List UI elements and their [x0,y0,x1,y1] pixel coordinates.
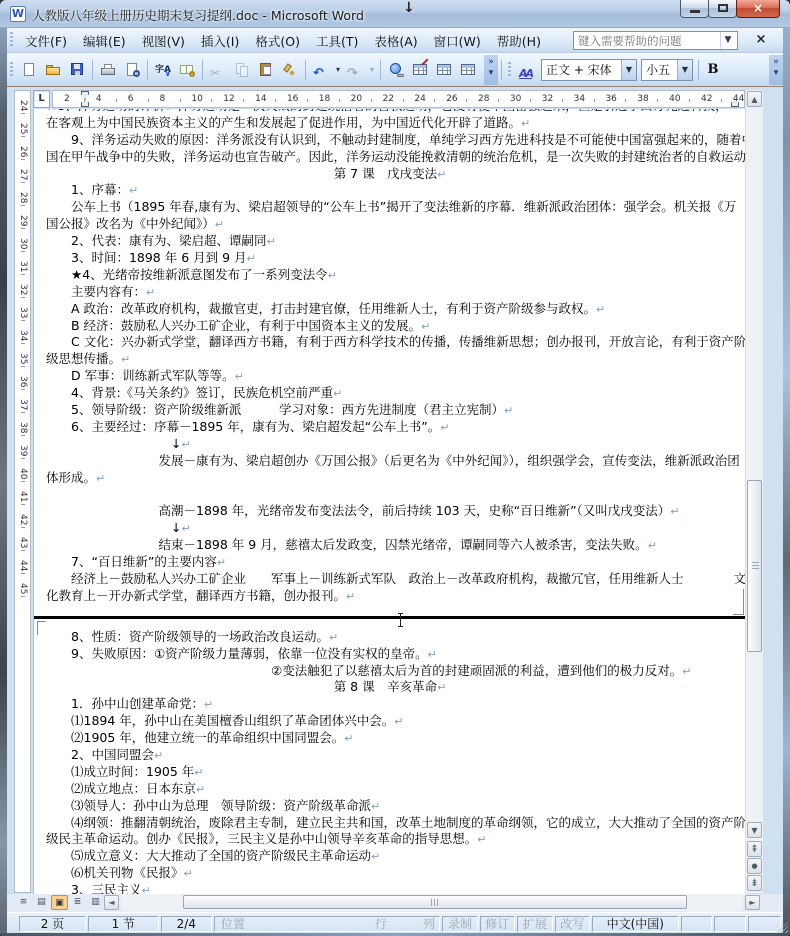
vertical-scrollbar[interactable]: ▲ ▼ ⇞ ● ⇟ [746,90,763,893]
mouse-cursor-arrow: ↓ [403,0,415,16]
line-text: 公车上书（1895 年春,康有为、梁启超领导的“公车上书”揭开了变法维新的序幕．… [46,199,736,214]
undo-button[interactable]: ↶ [310,60,332,80]
vruler-tick [21,320,25,321]
document-text-line[interactable]: ★4、光绪帝按维新派意图发布了一系列变法令↵ [34,267,745,284]
redo-button[interactable]: ↷ [344,60,366,80]
document-text-line[interactable]: 高潮－1898 年，光绪帝发布变法法令，前后持续 103 天，史称“百日维新”（… [34,503,745,520]
vruler-number: 43 [18,537,28,549]
document-text-line[interactable]: 6、主要经过：序幕－1895 年，康有为、梁启超发起“公车上书”。↵ [34,419,745,436]
vruler-tick [21,481,25,482]
line-text: 在客观上为中国民族资本主义的产生和发展起了促进作用，为中国近代化开辟了道路。 [46,115,521,130]
font-name-combo[interactable]: 正文 + 宋体 ▼ [541,59,637,81]
status-cell [748,916,781,932]
paragraph-mark: ↵ [437,681,446,694]
paragraph-mark: ↵ [421,320,430,333]
menu-bar: 文件(F)编辑(E)视图(V)插入(I)格式(O)工具(T)表格(A)窗口(W)… [7,28,783,53]
document-text-line[interactable]: ⑴1894 年，孙中山在美国檀香山组织了革命团体兴中会。↵ [34,713,745,730]
menu-item[interactable]: 窗口(W) [426,31,489,52]
styles-icon: AA [519,67,532,80]
paragraph-mark: ↵ [371,850,380,863]
word-window: W 人教版八年级上册历史期末复习提纲.doc - Microsoft Word … [0,0,790,936]
format-painter-icon [282,62,298,77]
document-page[interactable]: ★8、洋务运动的评价：洋务运动是一次失败的封建统治者的自救运动，它没有使中国富强… [33,109,745,894]
new-document-icon [21,62,37,77]
save-button[interactable] [66,60,88,80]
vruler-number: 31 [18,261,28,273]
paragraph-mark: ↵ [344,732,353,745]
vruler-tick [21,251,25,252]
help-dropdown-icon[interactable]: ▼ [720,32,735,49]
document-text-line[interactable]: A 政治：改革政府机构，裁撤官吏，打击封建官僚，任用维新人士，有利于资产阶级参与… [34,301,745,318]
line-text: D 军事：训练新式军队等等。 [46,368,235,383]
hruler-tick [657,99,658,102]
line-text: 3、时间：1898 年 6 月到 9 月 [46,250,247,265]
line-text: 高潮－1898 年，光绪帝发布变法法令，前后持续 103 天，史称“百日维新”（… [46,503,670,518]
window-title: 人教版八年级上册历史期末复习提纲.doc - Microsoft Word [32,6,364,24]
paragraph-mark: ↵ [204,698,213,711]
undo-dropdown-icon[interactable]: ▾ [333,65,343,74]
line-text: ②变法触犯了以慈禧太后为首的封建顽固派的利益，遭到他们的极力反对。 [46,663,682,678]
overflow-chevron-icon: » [773,57,779,67]
font-size-dropdown-icon[interactable]: ▼ [677,60,692,80]
hruler-tick [625,99,626,102]
document-text-line[interactable] [34,486,745,503]
line-text: 5、领导阶级：资产阶级维新派 学习对象：西方先进制度（君主立宪制） [46,402,504,417]
menu-item[interactable]: 格式(O) [247,31,308,52]
vruler-number: 42 [18,514,28,526]
insert-excel-worksheet-icon [460,62,476,77]
menu-item[interactable]: 视图(V) [134,31,193,52]
paragraph-mark: ↵ [181,438,190,451]
menu-item[interactable]: 帮助(H) [489,31,549,52]
document-text-line[interactable]: 9、洋务运动失败的原因：洋务派没有认识到，不触动封建制度，单纯学习西方先进科技是… [34,132,745,149]
cut-button[interactable]: ✂ [207,60,229,80]
paragraph-mark: ↵ [235,370,244,383]
maximize-icon [718,4,728,12]
paragraph-mark: ↵ [504,404,513,417]
document-text-line[interactable]: D 军事：训练新式军队等等。↵ [34,368,745,385]
research-icon [179,62,195,77]
hruler-tick [530,99,531,102]
document-text-line[interactable]: 在客观上为中国民族资本主义的产生和发展起了促进作用，为中国近代化开辟了道路。↵ [34,115,745,132]
paragraph-mark: ↵ [394,715,403,728]
document-text-line[interactable]: ⑴成立时间：1905 年↵ [34,764,745,781]
document-text-line[interactable]: 3、三民主义↵ [34,882,745,894]
vruler-number: 27 [18,169,28,181]
chinese-translate-button[interactable]: 字A∨ [152,60,174,80]
print-button[interactable] [97,60,119,80]
scroll-left-button[interactable]: ◄ [104,895,119,910]
line-text: 1、序幕： [46,182,129,197]
scroll-down-button[interactable]: ▼ [747,822,762,838]
vertical-scroll-thumb[interactable] [747,480,762,652]
document-text-line[interactable]: 国公报》改名为《中外纪闻》）↵ [34,216,745,233]
paragraph-mark: ↵ [371,800,380,813]
status-cell [714,916,746,932]
vruler-tick [21,159,25,160]
hruler-number: 22 [383,94,394,104]
tab-stop-selector[interactable]: L [33,90,50,108]
close-button[interactable]: × [736,0,780,18]
title-bar[interactable]: W 人教版八年级上册历史期末复习提纲.doc - Microsoft Word … [0,0,790,28]
hruler-number: 4 [96,94,102,104]
hruler-number: 20 [351,94,362,104]
next-page-button[interactable]: ⇟ [747,875,762,891]
vruler-number: 29 [18,215,28,227]
vruler-tick [21,205,25,206]
document-text-line[interactable]: 2、中国同盟会↵ [34,747,745,764]
scroll-right-button[interactable]: ► [745,895,760,910]
document-text-line[interactable]: ⑵1905 年，他建立统一的革命组织中国同盟会。↵ [34,730,745,747]
document-text-line[interactable]: 1、序幕：↵ [34,182,745,199]
hruler-tick [339,99,340,102]
window-border-right [783,0,790,936]
document-text-line[interactable]: ⑸成立意义：大大推动了全国的资产阶级民主革命运动↵ [34,848,745,865]
hruler-number: 32 [542,94,553,104]
hruler-tick [180,99,181,102]
hruler-tick [116,99,117,102]
document-text-line[interactable]: 1．孙中山创建革命党：↵ [34,696,745,713]
left-indent-marker[interactable] [81,99,89,107]
vruler-tick [21,113,25,114]
vruler-tick [21,182,25,183]
window-border-left [0,0,7,936]
web-layout-view-button[interactable]: ▤ [33,895,50,910]
text-cursor [400,613,401,627]
vruler-tick [21,596,25,597]
line-text: 9、失败原因：①资产阶级力量薄弱，依靠一位没有实权的皇帝。 [46,646,428,661]
first-line-indent-marker[interactable] [81,91,89,99]
maximize-button[interactable] [708,0,737,18]
hruler-tick [371,99,372,102]
paragraph-mark: ↵ [440,421,449,434]
hruler-tick [307,99,308,102]
document-text-line[interactable]: 体形成。↵ [34,470,745,487]
hruler-number: 16 [287,94,298,104]
document-text-line[interactable]: 公车上书（1895 年春,康有为、梁启超领导的“公车上书”揭开了变法维新的序幕．… [34,199,745,216]
paragraph-mark: ↵ [181,522,190,535]
save-icon [69,62,85,77]
insert-table-icon [436,62,452,77]
toolbar-separator [202,60,203,80]
menu-item[interactable]: 工具(T) [308,31,366,52]
help-input[interactable] [574,34,720,48]
status-cell[interactable]: 修订 [480,916,515,932]
vruler-number: 37 [18,399,28,411]
vruler-tick [21,343,25,344]
previous-page-button[interactable]: ⇞ [747,841,762,857]
line-text: 体形成。 [46,470,96,485]
document-text-line[interactable]: 第 7 课 戊戌变法↵ [34,166,745,183]
vruler-tick [21,527,25,528]
status-cell [681,916,713,932]
paragraph-mark: ↵ [217,556,226,569]
font-name-value: 正文 + 宋体 [542,61,621,78]
toolbar-separator [147,60,148,80]
horizontal-scrollbar[interactable] [121,894,743,911]
paragraph-mark: ↵ [154,749,163,762]
horizontal-scroll-thumb[interactable] [183,895,687,909]
vruler-number: 25 [18,123,28,135]
hruler-number: 34 [574,94,585,104]
margin-bracket-left [37,621,46,635]
document-text-line[interactable]: 4、背景:《马关条约》签订，民族危机空前严重↵ [34,385,745,402]
vruler-tick [21,435,25,436]
paragraph-mark: ↵ [346,590,355,603]
open-button[interactable] [42,60,64,80]
vruler-number: 35 [18,353,28,365]
select-browse-object-button[interactable]: ● [747,858,762,874]
status-cell: 1 节 [88,916,159,932]
close-document-button[interactable]: × [753,32,769,48]
horizontal-ruler: 2468101214161820222426283032343638404244 [52,90,745,108]
line-text: 2、代表：康有为、梁启超、谭嗣同 [46,233,266,248]
document-text-line[interactable]: 结束－1898 年 9 月，慈禧太后发政变，囚禁光绪帝，谭嗣同等六人被杀害，变法… [34,537,745,554]
paragraph-mark: ↵ [521,117,530,130]
line-text: C 文化：兴办新式学堂，翻译西方书籍，有利于西方科学技术的传播，传播维新思想；创… [46,334,745,349]
hruler-tick [403,99,404,102]
vruler-tick [21,389,25,390]
document-text-line[interactable]: ⑹机关刊物《民报》↵ [34,865,745,882]
hruler-number: 18 [319,94,330,104]
vruler-tick [21,550,25,551]
line-text: 2、中国同盟会 [46,747,154,762]
insert-hyperlink-button[interactable] [385,60,407,80]
overflow-chevron-icon: » [488,57,494,67]
formatting-toolbar-grip[interactable] [508,62,511,78]
vruler-tick [21,504,25,505]
document-text-line[interactable]: ⑷纲领：推翻清朝统治，废除君主专制，建立民主共和国，改革土地制度的革命纲领，它的… [34,815,745,832]
paragraph-mark: ↵ [215,218,224,231]
undo-icon: ↶ [313,62,329,77]
research-button[interactable] [176,60,198,80]
vruler-number: 36 [18,376,28,388]
paragraph-mark: ↵ [670,505,679,518]
document-text-line[interactable]: 2、代表：康有为、梁启超、谭嗣同↵ [34,233,745,250]
line-text: ⑵成立地点：日本东京 [46,781,196,796]
vruler-number: 33 [18,307,28,319]
formatting-toolbar-options-button[interactable]: »▾ [769,55,783,85]
toolbar-separator [380,60,381,80]
toolbar-separator [92,60,93,80]
hruler-number: 24 [414,94,425,104]
line-text: ⑸成立意义：大大推动了全国的资产阶级民主革命运动 [46,848,371,863]
vruler-number: 41 [18,491,28,503]
vruler-tick [21,366,25,367]
minimize-icon [690,10,700,13]
paragraph-mark: ↵ [329,631,338,644]
menu-item[interactable]: 文件(F) [17,31,75,52]
document-text-line[interactable]: ⑶领导人：孙中山为总理 领导阶级：资产阶级革命派↵ [34,798,745,815]
document-text-line[interactable]: 第 8 课 辛亥革命↵ [34,679,745,696]
minimize-button[interactable] [680,0,709,18]
copy-icon [234,62,250,77]
cut-icon: ✂ [210,62,226,77]
page-break [34,605,745,629]
vruler-number: 24 [18,100,28,112]
document-text-line[interactable]: ↓↵ [34,436,745,453]
hruler-number: 44 [733,94,744,104]
document-text-line[interactable]: 8、性质：资产阶级领导的一场政治改良运动。↵ [34,629,745,646]
document-text-line[interactable]: 7、“百日维新”的主要内容↵ [34,554,745,571]
line-text: ★4、光绪帝按维新派意图发布了一系列变法令 [46,267,328,282]
standard-toolbar-grip[interactable] [10,62,13,78]
document-text-line[interactable]: 化教育上－开办新式学堂，翻译西方书籍，创办报刊。↵ [34,588,745,605]
hruler-number: 30 [510,94,521,104]
line-text: ↓ [46,436,181,451]
line-text: 主要内容有： [46,284,146,299]
tables-and-borders-button[interactable] [409,60,431,80]
paragraph-mark: ↵ [682,665,691,678]
document-text-line[interactable]: 级思想传播。↵ [34,351,745,368]
hruler-number: 40 [669,94,680,104]
font-size-combo[interactable]: 小五 ▼ [641,59,693,81]
paragraph-mark: ↵ [328,269,337,282]
status-cell[interactable]: 录制 [442,916,477,932]
vruler-number: 30 [18,238,28,250]
paragraph-mark: ↵ [247,252,256,265]
paragraph-mark: ↵ [194,766,203,779]
bold-button[interactable]: B [702,60,724,80]
margin-bracket-right [733,589,744,615]
line-text: 国公报》改名为《中外纪闻》） [46,216,215,231]
document-text-line[interactable]: 经济上－鼓励私人兴办工矿企业 军事上－训练新式军队 政治上－改革政府机构，裁撤冗… [34,571,745,588]
reading-layout-view-button[interactable]: ▥ [87,895,104,910]
hruler-number: 38 [637,94,648,104]
line-text: 级思想传播。 [46,351,121,366]
hruler-number: 10 [191,94,202,104]
menu-item[interactable]: 表格(A) [366,31,425,52]
line-text: 结束－1898 年 9 月，慈禧太后发政变，囚禁光绪帝，谭嗣同等六人被杀害，变法… [46,537,648,552]
paragraph-mark: ↵ [96,472,105,485]
document-text-line[interactable]: 发展－康有为、梁启超创办《万国公报》（后更名为《中外纪闻》），组织强学会，宣传变… [34,453,745,470]
document-text-line[interactable]: ↓↵ [34,520,745,537]
status-cell: 2 页 [19,916,86,932]
hruler-tick [466,99,467,102]
line-text: ⑷纲领：推翻清朝统治，废除君主专制，建立民主共和国，改革土地制度的革命纲领，它的… [46,815,745,830]
hruler-tick [689,99,690,102]
hruler-tick [562,99,563,102]
styles-and-formatting-button[interactable]: AA [516,60,538,80]
copy-button[interactable] [231,60,253,80]
hruler-number: 42 [701,94,712,104]
paragraph-mark: ↵ [141,884,150,894]
status-cell-label: 行 [375,915,387,932]
menu-item[interactable]: 插入(I) [193,31,247,52]
standard-toolbar-options-button[interactable]: »▾ [484,55,498,85]
insert-excel-worksheet-button[interactable] [457,60,479,80]
hruler-tick [594,99,595,102]
document-text-line[interactable]: 级民主革命运动。创办《民报》，三民主义是孙中山领导辛亥革命的指导思想。↵ [34,831,745,848]
line-text: B 经济：鼓励私人兴办工矿企业，有利于中国资本主义的发展。 [46,318,421,333]
normal-view-button[interactable]: ≡ [15,895,32,910]
paragraph-mark: ↵ [428,648,437,661]
print-icon [100,62,116,77]
font-size-value: 小五 [642,61,677,78]
line-text: ⑶领导人：孙中山为总理 领导阶级：资产阶级革命派 [46,798,371,813]
menu-item[interactable]: 编辑(E) [75,31,134,52]
vruler-tick [21,297,25,298]
outline-view-button[interactable]: ≣ [69,895,86,910]
status-cell[interactable]: 改写 [555,916,590,932]
thumb-grip-icon [431,899,439,906]
document-text-line[interactable]: 9、失败原因：①资产阶级力量薄弱，依靠一位没有实权的皇帝。↵ [34,646,745,663]
hruler-number: 26 [446,94,457,104]
print-preview-button[interactable] [121,60,143,80]
vruler-number: 32 [18,284,28,296]
paragraph-mark: ↵ [596,303,605,316]
format-painter-button[interactable] [279,60,301,80]
horizontal-scrollbar-row: ≡▤▣≣▥ ◄ ► [7,894,783,912]
line-text: 经济上－鼓励私人兴办工矿企业 军事上－训练新式军队 政治上－改革政府机构，裁撤冗… [46,571,745,586]
paragraph-mark: ↵ [477,833,486,846]
status-cell: 位置行列 [214,916,440,932]
line-text: 第 7 课 戊戌变法 [334,166,437,181]
vruler-number: 40 [18,468,28,480]
status-cell[interactable]: 扩展 [517,916,552,932]
word-app-icon: W [10,6,26,22]
paragraph-mark: ↵ [437,168,446,181]
paragraph-mark: ↵ [266,235,275,248]
status-cell: 2/4 [161,916,212,932]
document-text-line[interactable]: 3、时间：1898 年 6 月到 9 月↵ [34,250,745,267]
hruler-number: 6 [128,94,134,104]
vruler-number: 39 [18,445,28,457]
page-break-line [34,616,745,619]
line-text: 8、性质：资产阶级领导的一场政治改良运动。 [46,629,329,644]
new-document-button[interactable] [18,60,40,80]
document-text-line[interactable]: ②变法触犯了以慈禧太后为首的封建顽固派的利益，遭到他们的极力反对。↵ [34,663,745,680]
document-text-line[interactable]: ⑵成立地点：日本东京↵ [34,781,745,798]
hruler-number: 8 [160,94,166,104]
toolbar-row: 字A∨✂↶▾↷▾ »▾ AA 正文 + 宋体 ▼ 小五 ▼ B »▾ [7,53,783,87]
redo-dropdown-icon[interactable]: ▾ [367,65,377,74]
paragraph-mark: ↵ [648,539,657,552]
paragraph-mark: ↵ [129,184,138,197]
hruler-tick [721,99,722,102]
insert-table-button[interactable] [433,60,455,80]
help-search-box[interactable]: ▼ [573,31,738,50]
line-text: 1．孙中山创建革命党： [46,696,204,711]
document-text-line[interactable]: 主要内容有：↵ [34,284,745,301]
hruler-tick [148,99,149,102]
vruler-number: 28 [18,192,28,204]
vruler-number: 44 [18,560,28,572]
insert-hyperlink-icon [388,62,404,77]
paste-button[interactable] [255,60,277,80]
vruler-number: 38 [18,422,28,434]
status-bar: 2 页1 节2/4位置行列录制修订扩展改写中文(中国) [7,912,783,934]
paragraph-mark: ↵ [333,387,342,400]
status-cell-label: 列 [423,915,435,932]
line-text: ⑴成立时间：1905 年 [46,764,194,779]
document-text-line[interactable]: 国在甲午战争中的失败，洋务运动也宣告破产。因此，洋务运动没能挽救清朝的统治危机，… [34,149,745,166]
document-text-line[interactable]: C 文化：兴办新式学堂，翻译西方书籍，有利于西方科学技术的传播，传播维新思想；创… [34,334,745,351]
document-text-line[interactable]: 5、领导阶级：资产阶级维新派 学习对象：西方先进制度（君主立宪制）↵ [34,402,745,419]
vertical-ruler: 2425262728293031323334353637383940414243… [14,90,31,893]
font-name-dropdown-icon[interactable]: ▼ [621,60,636,80]
print-layout-view-button[interactable]: ▣ [51,895,68,910]
vruler-number: 45 [18,583,28,595]
hruler-number: 28 [478,94,489,104]
document-text-line[interactable]: B 经济：鼓励私人兴办工矿企业，有利于中国资本主义的发展。↵ [34,318,745,335]
hruler-number: 12 [223,94,234,104]
hruler-tick [243,99,244,102]
menubar-grip[interactable] [10,32,13,48]
vruler-tick [21,458,25,459]
line-text: 国在甲午战争中的失败，洋务运动也宣告破产。因此，洋务运动没能挽救清朝的统治危机，… [46,149,745,164]
scroll-up-button[interactable]: ▲ [747,91,762,107]
